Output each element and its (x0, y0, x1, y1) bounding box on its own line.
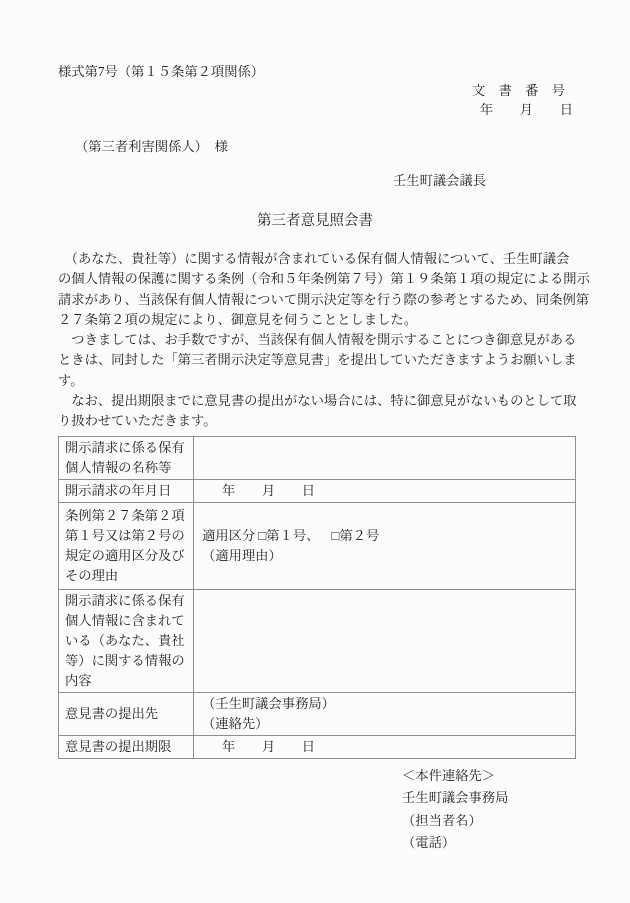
document-number-placeholder: 文 書 番 号 (0, 81, 630, 100)
body-paragraph-3: なお、提出期限までに意見書の提出がない場合には、特に御意見がないものとして取 り… (58, 391, 583, 432)
row-label: 開示請求に係る保有 個人情報の名称等 (59, 436, 194, 479)
table-row-request-date: 開示請求の年月日 年 月 日 (59, 479, 576, 502)
table-row-deadline: 意見書の提出期限 年 月 日 (59, 735, 576, 758)
document-page: 様式第7号（第１５条第２項関係） 文 書 番 号 年 月 日 （第三者利害関係人… (0, 0, 630, 903)
apply-section-cell: 適用区分□第１号、□第２号 （適用理由） (194, 502, 576, 589)
row-value-date: 年 月 日 (194, 479, 576, 502)
row-label: 意見書の提出先 (59, 692, 194, 735)
table-row-info-name: 開示請求に係る保有 個人情報の名称等 (59, 436, 576, 479)
contact-heading: ＜本件連絡先＞ (402, 765, 630, 788)
row-value (194, 436, 576, 479)
body-paragraph-1: （あなた、貴社等）に関する情報が含まれている保有個人情報について、壬生町議会 の… (58, 249, 583, 330)
body-text: （あなた、貴社等）に関する情報が含まれている保有個人情報について、壬生町議会 の… (58, 249, 583, 432)
contact-block: ＜本件連絡先＞ 壬生町議会事務局 （担当者名） （電話） (402, 765, 630, 855)
contact-person: （担当者名） (402, 810, 630, 833)
apply-category-line: 適用区分□第１号、□第２号 (202, 526, 570, 546)
sender-title: 壬生町議会議長 (393, 171, 630, 190)
document-date-placeholder: 年 月 日 (0, 100, 630, 119)
row-value: （壬生町議会事務局） （連絡先） (194, 692, 576, 735)
table-row-info-content: 開示請求に係る保有 個人情報に含まれて いる（あなた、貴社 等）に関する情報の … (59, 589, 576, 692)
addressee-line: （第三者利害関係人） 様 (75, 137, 630, 156)
row-label: 開示請求の年月日 (59, 479, 194, 502)
document-title: 第三者意見照会書 (0, 210, 630, 232)
apply-option1-label: 第１号、 (266, 528, 319, 543)
row-label: 条例第２７条第２項 第１号又は第２号の 規定の適用区分及び その理由 (59, 502, 194, 589)
apply-option2-label: 第２号 (339, 528, 379, 543)
opinion-inquiry-table: 開示請求に係る保有 個人情報の名称等 開示請求の年月日 年 月 日 条例第２７条… (58, 436, 576, 759)
contact-phone: （電話） (402, 832, 630, 855)
apply-prefix-label: 適用区分 (202, 528, 255, 543)
table-row-apply-section: 条例第２７条第２項 第１号又は第２号の 規定の適用区分及び その理由 適用区分□… (59, 502, 576, 589)
row-label: 意見書の提出期限 (59, 735, 194, 758)
row-label: 開示請求に係る保有 個人情報に含まれて いる（あなた、貴社 等）に関する情報の … (59, 589, 194, 692)
body-paragraph-2: つきましては、お手数ですが、当該保有個人情報を開示することにつき御意見がある と… (58, 330, 583, 391)
row-value (194, 589, 576, 692)
form-number: 様式第7号（第１５条第２項関係） (58, 62, 630, 81)
contact-office: 壬生町議会事務局 (402, 787, 630, 810)
apply-reason-label: （適用理由） (202, 546, 570, 566)
row-value-date: 年 月 日 (194, 735, 576, 758)
table-row-submit-to: 意見書の提出先 （壬生町議会事務局） （連絡先） (59, 692, 576, 735)
